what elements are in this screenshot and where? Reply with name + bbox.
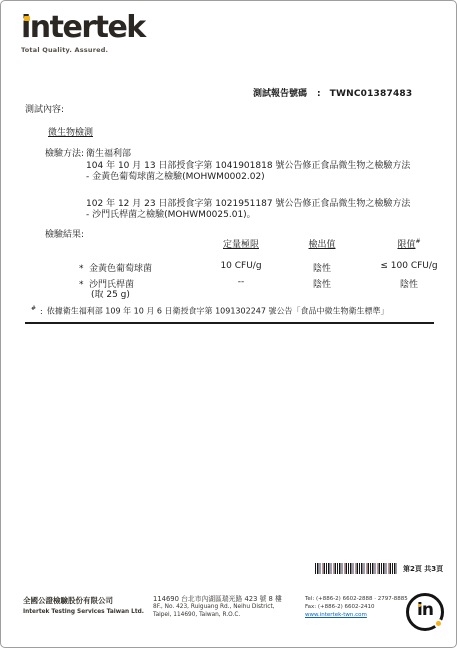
- company-name-zh: 全國公證檢驗股份有限公司: [23, 595, 144, 606]
- table-row-analyte-name: *沙門氏桿菌 (取 25 g): [79, 274, 197, 301]
- footnote: #:依據衛生福利部 109 年 10 月 6 日衛授食字第 1091302247…: [31, 305, 389, 317]
- page-number: 第2頁 共3頁: [403, 564, 443, 574]
- table-row-limit: 陰性: [359, 274, 457, 301]
- address-zh: 114690 台北市內湖區瑞光路 423 號 8 樓: [153, 595, 282, 603]
- column-header-loq: 定量極限: [197, 237, 285, 258]
- test-report-page: intertek Total Quality. Assured. 測試報告號碼 …: [0, 0, 457, 648]
- method-1-line-1: 104 年 10 月 13 日部授食字第 1041901818 號公告修正食品微…: [86, 161, 410, 173]
- column-header-item: [79, 237, 197, 258]
- test-method-block: 檢驗方法: 衛生福利部 104 年 10 月 13 日部授食字第 1041901…: [45, 149, 410, 222]
- logo-tagline: Total Quality. Assured.: [21, 46, 145, 54]
- table-row-analyte-name: *金黃色葡萄球菌: [79, 258, 197, 274]
- address-en-line2: Taipei, 114690, Taiwan, R.O.C.: [153, 611, 282, 619]
- intertek-roundel-icon: in: [406, 593, 444, 631]
- company-name-en: Intertek Testing Services Taiwan Ltd.: [23, 609, 144, 615]
- method-agency: 衛生福利部: [86, 149, 410, 161]
- report-number-colon: :: [317, 89, 321, 99]
- roundel-yellow-dot-icon: [418, 604, 421, 607]
- tel-line: Tel: (+886-2) 6602-2888 · 2797-8885: [305, 595, 408, 603]
- brand-text: intertek: [21, 10, 145, 45]
- report-number-value: TWNC01387483: [330, 89, 413, 99]
- intertek-logo: intertek Total Quality. Assured.: [21, 13, 145, 54]
- method-2-line-1: 102 年 12 月 23 日部授食字第 1021951187 號公告修正食品微…: [86, 199, 410, 211]
- method-2-line-2: - 沙門氏桿菌之檢驗(MOHWM0025.01)。: [86, 210, 410, 222]
- footnote-text: 依據衛生福利部 109 年 10 月 6 日衛授食字第 1091302247 號…: [47, 307, 389, 316]
- table-row-detected: 陰性: [285, 274, 359, 301]
- sample-amount-note: (取 25 g): [79, 290, 197, 301]
- microbiology-section-title: 微生物檢測: [48, 125, 93, 138]
- table-row-limit: ≤ 100 CFU/g: [359, 258, 457, 274]
- footer-company: 全國公證檢驗股份有限公司 Intertek Testing Services T…: [23, 595, 144, 615]
- test-content-label: 測試內容:: [25, 102, 64, 115]
- footnote-marker: #: [31, 305, 36, 312]
- column-header-detected: 檢出值: [285, 237, 359, 258]
- address-en-line1: 8F., No. 423, Ruiguang Rd., Neihu Distri…: [153, 603, 282, 611]
- limit-footnote-marker: #: [415, 238, 420, 245]
- website-link[interactable]: www.intertek-twn.com: [305, 612, 367, 618]
- footer-contact: Tel: (+886-2) 6602-2888 · 2797-8885 Fax:…: [305, 595, 408, 619]
- fax-line: Fax: (+886-2) 6602-2410: [305, 603, 408, 611]
- test-method-label: 檢驗方法:: [45, 149, 84, 222]
- roundel-gap-dot-icon: [436, 621, 441, 626]
- method-1-line-2: - 金黃色葡萄球菌之檢驗(MOHWM0002.02): [86, 172, 410, 184]
- table-row-detected: 陰性: [285, 258, 359, 274]
- results-table: 定量極限 檢出值 限值# *金黃色葡萄球菌 10 CFU/g 陰性 ≤ 100 …: [79, 237, 457, 301]
- yellow-dot-icon: [24, 16, 30, 21]
- test-method-body: 衛生福利部 104 年 10 月 13 日部授食字第 1041901818 號公…: [86, 149, 410, 222]
- table-row-loq: --: [197, 274, 285, 301]
- section-divider: [25, 322, 434, 324]
- barcode-image: [315, 563, 397, 574]
- intertek-wordmark: intertek: [21, 13, 145, 43]
- method-gap: [86, 184, 410, 199]
- report-number-label: 測試報告號碼: [253, 86, 307, 99]
- column-header-limit: 限值#: [359, 237, 457, 258]
- footer-address: 114690 台北市內湖區瑞光路 423 號 8 樓 8F., No. 423,…: [153, 595, 282, 619]
- report-number-line: 測試報告號碼 : TWNC01387483: [253, 86, 412, 99]
- roundel-in-text: in: [417, 600, 433, 620]
- table-row-loq: 10 CFU/g: [197, 258, 285, 274]
